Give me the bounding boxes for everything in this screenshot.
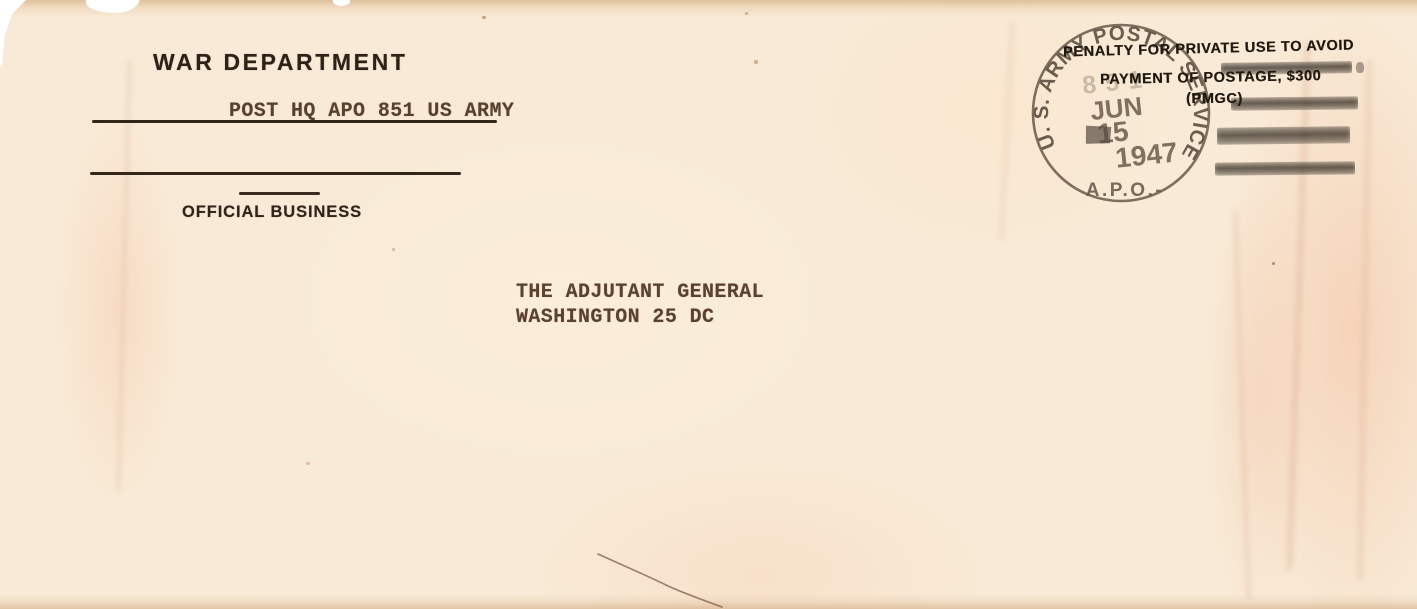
envelope-scan: WAR DEPARTMENT POST HQ APO 851 US ARMY O… (0, 0, 1417, 609)
postmark-year: 1947 (1114, 136, 1179, 173)
penalty-notice-line3: (PMGC) (1186, 91, 1243, 107)
recipient-name: THE ADJUTANT GENERAL (516, 281, 764, 304)
torn-edge (333, 0, 350, 6)
paper-speck (482, 16, 486, 19)
scratch-line (560, 540, 760, 609)
paper-crease (1357, 60, 1371, 580)
paper-crease (1233, 210, 1251, 600)
paper-crease (1287, 40, 1310, 570)
torn-edge (0, 0, 26, 66)
cancellation-bar (1231, 96, 1358, 110)
official-business-label: OFFICIAL BUSINESS (182, 203, 362, 222)
separator-dash (239, 192, 320, 195)
penalty-notice-line2: PAYMENT OF POSTAGE, $300 (1100, 68, 1321, 88)
cancellation-bar (1217, 126, 1350, 145)
paper-speck (1272, 262, 1275, 265)
paper-crease (116, 60, 131, 490)
recipient-city: WASHINGTON 25 DC (516, 306, 714, 329)
address-rule-top (92, 120, 497, 123)
cancellation-bar (1215, 161, 1355, 175)
paper-speck (745, 12, 748, 15)
postmark-apo-label: A.P.O.- (1086, 180, 1164, 201)
paper-speck (754, 60, 758, 64)
paper-speck (306, 462, 310, 465)
paper-speck (392, 248, 395, 251)
torn-edge (86, 0, 140, 14)
address-rule-bottom (90, 172, 461, 175)
cancellation-bar-fragment (1356, 62, 1364, 73)
paper-crease (999, 20, 1015, 240)
sender-department-title: WAR DEPARTMENT (153, 49, 407, 76)
